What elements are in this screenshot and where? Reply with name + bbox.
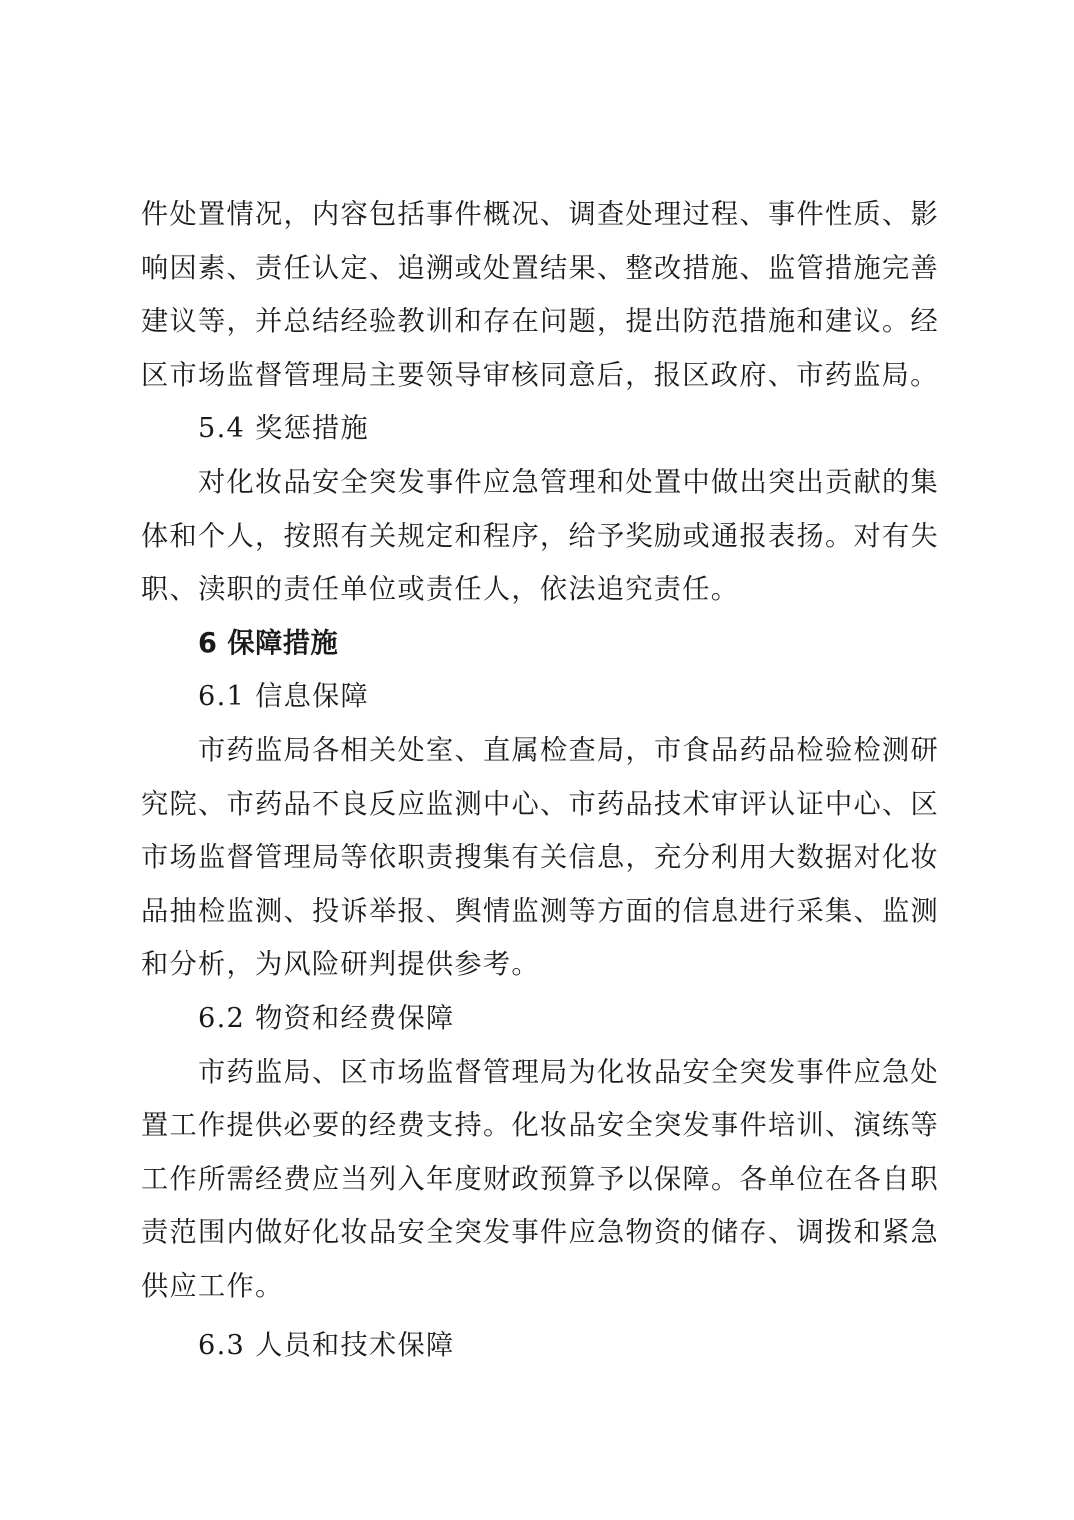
section-heading-6: 6 保障措施 bbox=[141, 617, 939, 671]
document-page: 件处置情况，内容包括事件概况、调查处理过程、事件性质、影响因素、责任认定、追溯或… bbox=[141, 188, 939, 1373]
section-heading-6-3: 6.3 人员和技术保障 bbox=[141, 1319, 939, 1373]
paragraph-materials-funding-support: 市药监局、区市场监督管理局为化妆品安全突发事件应急处置工作提供必要的经费支持。化… bbox=[141, 1046, 939, 1314]
section-heading-5-4: 5.4 奖惩措施 bbox=[141, 402, 939, 456]
section-heading-6-1: 6.1 信息保障 bbox=[141, 670, 939, 724]
section-heading-6-2: 6.2 物资和经费保障 bbox=[141, 992, 939, 1046]
paragraph-rewards-penalties: 对化妆品安全突发事件应急管理和处置中做出突出贡献的集体和个人，按照有关规定和程序… bbox=[141, 456, 939, 617]
paragraph-information-support: 市药监局各相关处室、直属检查局，市食品药品检验检测研究院、市药品不良反应监测中心… bbox=[141, 724, 939, 992]
paragraph-incident-report-continuation: 件处置情况，内容包括事件概况、调查处理过程、事件性质、影响因素、责任认定、追溯或… bbox=[141, 188, 939, 402]
